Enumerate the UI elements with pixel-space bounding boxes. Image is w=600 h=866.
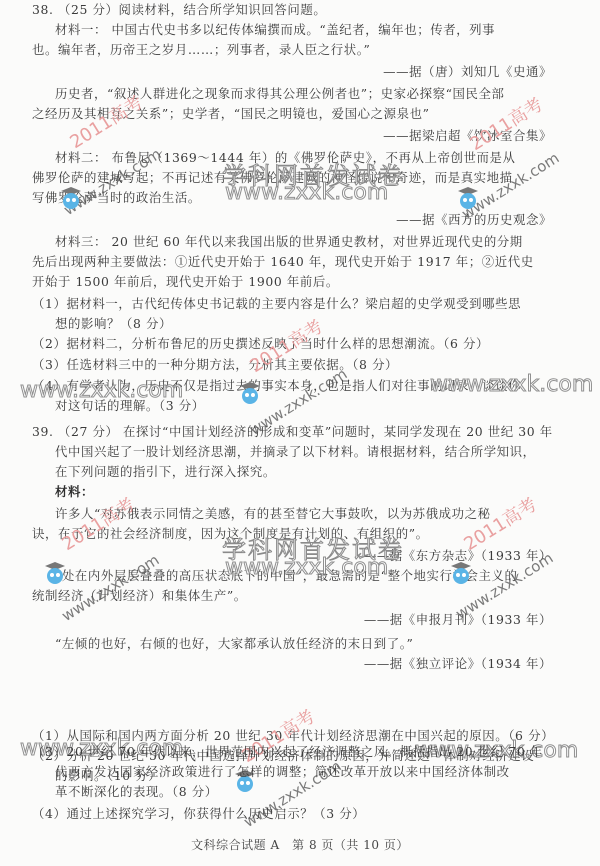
q39-header-line2: 代中国兴起了一股计划经济思潮，并摘录了以下材料。请根据材料，结合所学知识，	[55, 444, 536, 460]
gaokao-text: 2011高考	[460, 494, 541, 555]
q39-passage3: “左倾的也好，右倾的也好，大家都承认放任经济的末日到了。”	[55, 636, 413, 652]
q38-question4-line1: （4）有学者认为，历史不仅是指过去的事实本身，也是指人们对往事的记录。谈谈你	[32, 378, 521, 394]
q39-question3-line3: 革不断深化的表现。（8 分）	[55, 784, 218, 800]
q39-passage2-source: ——据《申报月刊》（1933 年）	[364, 612, 552, 628]
q39-question3-line1: （3）20 世纪 70 年代以来，世界范围内兴起了经济调整之风。概括指出 20 …	[32, 744, 543, 760]
q39-passage2-line2: 统制经济（计划经济）和集体生产”。	[32, 588, 247, 604]
q39-header-line3: 在下列问题的指引下，进行深入探究。	[55, 464, 276, 480]
q38-material1-source1: ——据（唐）刘知几《史通》	[383, 64, 552, 80]
page-footer: 文科综合试题 A 第 8 页（共 10 页）	[0, 836, 600, 853]
exam-page: 38. （25 分）阅读材料，结合所学知识回答问题。 材料一： 中国古代史书多以…	[0, 0, 600, 866]
q38-material1-line1: 材料一： 中国古代史书多以纪传体编撰而成。“盖纪者，编年也；传者，列事	[55, 22, 495, 38]
q38-material3-line3: 开始于 1500 年前后，现代史开始于 1900 年前后。	[32, 274, 339, 290]
q38-question1-line1: （1）据材料一，古代纪传体史书记载的主要内容是什么？梁启超的史学观受到哪些思	[32, 296, 521, 312]
q38-material1-line2: 也。编年者，历帝王之岁月……；列事者，录人臣之行状。”	[32, 42, 371, 58]
q39-question3-line2: 代西方发达国家经济政策进行了怎样的调整；简述改革开放以来中国经济体制改	[55, 764, 510, 780]
watermark-gaokao-4: 2011高考	[56, 491, 139, 556]
q39-material-label: 材料：	[55, 484, 94, 500]
q38-question2: （2）据材料二，分析布鲁尼的历史撰述反映了当时什么样的思想潮流。（6 分）	[32, 336, 489, 352]
q38-header: 38. （25 分）阅读材料，结合所学知识回答问题。	[32, 2, 326, 18]
q38-material1-line4: 之经历及其相互之关系”；史学者，“国民之明镜也，爱国心之源泉也”	[32, 106, 430, 122]
gaokao-text: 2011高考	[466, 94, 547, 155]
q38-question1-line2: 想的影响？（8 分）	[55, 316, 172, 332]
q38-material2-line2: 佛罗伦萨的建城写起；不再记述有关佛罗伦萨建城的神怪传说和奇迹，而是真实地描	[32, 170, 513, 186]
q38-material3-line1: 材料三： 20 世纪 60 年代以来我国出版的世界通史教材，对世界近现代史的分期	[55, 234, 523, 250]
mascot-graduate-icon	[455, 185, 481, 211]
q38-m1-l1: 材料一： 中国古代史书多以纪传体编撰而成。“盖纪者，编年也；传者，列事	[55, 22, 495, 37]
q39-question4: （4）通过上述探究学习，你获得什么历史启示？（3 分）	[32, 806, 365, 822]
mascot-graduate-icon	[237, 380, 263, 406]
q38-material2-source: ——据《西方的历史观念》	[396, 212, 552, 228]
q38-material3-line2: 先后出现两种主要做法：①近代史开始于 1640 年，现代史开始于 1917 年；…	[32, 254, 534, 270]
q38-material1-line3: 历史者，“叙述人群进化之现象而求得其公理公例者也”；史家必探察“国民全部	[55, 86, 505, 102]
q39-question1: （1）从国际和国内两方面分析 20 世纪 30 年代计划经济思潮在中国兴起的原因…	[32, 728, 554, 744]
mascot-graduate-icon	[58, 185, 84, 211]
q38-question4-line2: 对这句话的理解。（3 分）	[55, 398, 205, 414]
q38-material2-line1: 材料二： 布鲁尼（1369～1444 年）的《佛罗伦萨史》，不再从上帝创世而是从	[55, 150, 515, 166]
q39-passage1-line1: 许多人“对苏俄表示同情之美感，有的甚至替它大事鼓吹，以为苏俄成功之秘	[55, 506, 491, 522]
mascot-graduate-icon	[448, 560, 474, 586]
q39-header-line1: 39. （27 分） 在探讨“中国计划经济的形成和变革”问题时，某同学发现在 2…	[32, 424, 553, 440]
q38-material1-source2: ——据梁启超《饮冰室合集》	[383, 128, 552, 144]
gaokao-text: 2011高考	[58, 494, 139, 555]
mascot-graduate-icon	[42, 560, 68, 586]
q38-question3: （3）任选材料三中的一种分期方法，分析其主要依据。（8 分）	[32, 357, 398, 373]
watermark-gaokao-5: 2011高考	[458, 491, 541, 556]
q39-passage3-source: ——据《独立评论》（1934 年）	[364, 656, 552, 672]
q39-passage1-line2: 诀，在于它的社会经济制度，因为这个制度是有计划的、有组织的”。	[32, 526, 429, 542]
